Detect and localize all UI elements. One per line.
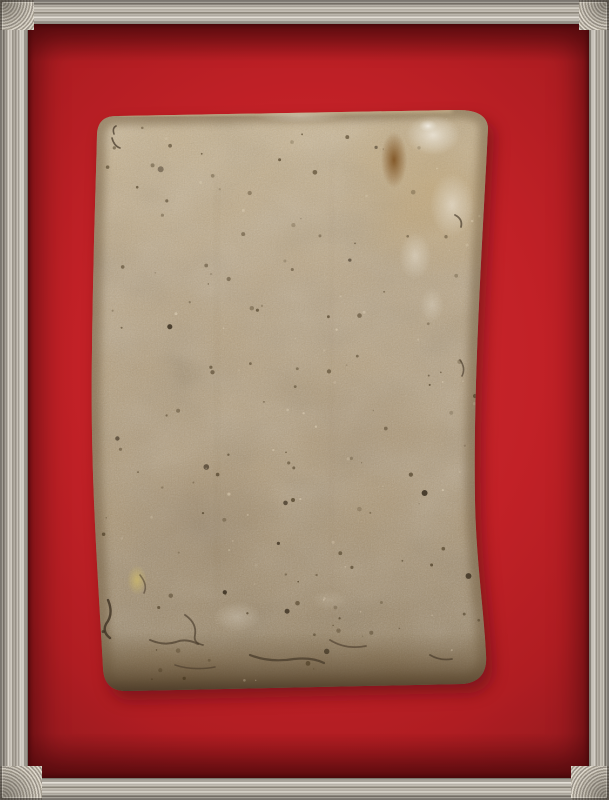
chalk-patch [255, 109, 345, 123]
dark-blotch [115, 450, 285, 590]
chalk-patch [399, 232, 431, 280]
frame-side-right [589, 0, 609, 800]
amulet-tablet-scene [0, 0, 609, 800]
frame-side-left [0, 0, 28, 800]
frame-corner-bottom-left [0, 766, 42, 800]
chalk-patch [312, 590, 348, 610]
frame-side-top [0, 0, 609, 24]
brown-stain [381, 132, 407, 188]
frame-corner-bottom-right [571, 766, 609, 800]
chalk-patch [430, 173, 474, 237]
frame-side-bottom [0, 778, 609, 800]
dark-blotch [290, 370, 430, 490]
framed-amulet-photo [0, 0, 609, 800]
chalk-patch [406, 115, 460, 155]
chalk-patch [420, 288, 444, 322]
tablet-surface-detail [85, 90, 525, 700]
frame-corner-top-left [0, 0, 34, 30]
frame-corner-top-right [579, 0, 609, 30]
chalk-patch [419, 120, 437, 132]
chalk-patch [213, 602, 261, 632]
